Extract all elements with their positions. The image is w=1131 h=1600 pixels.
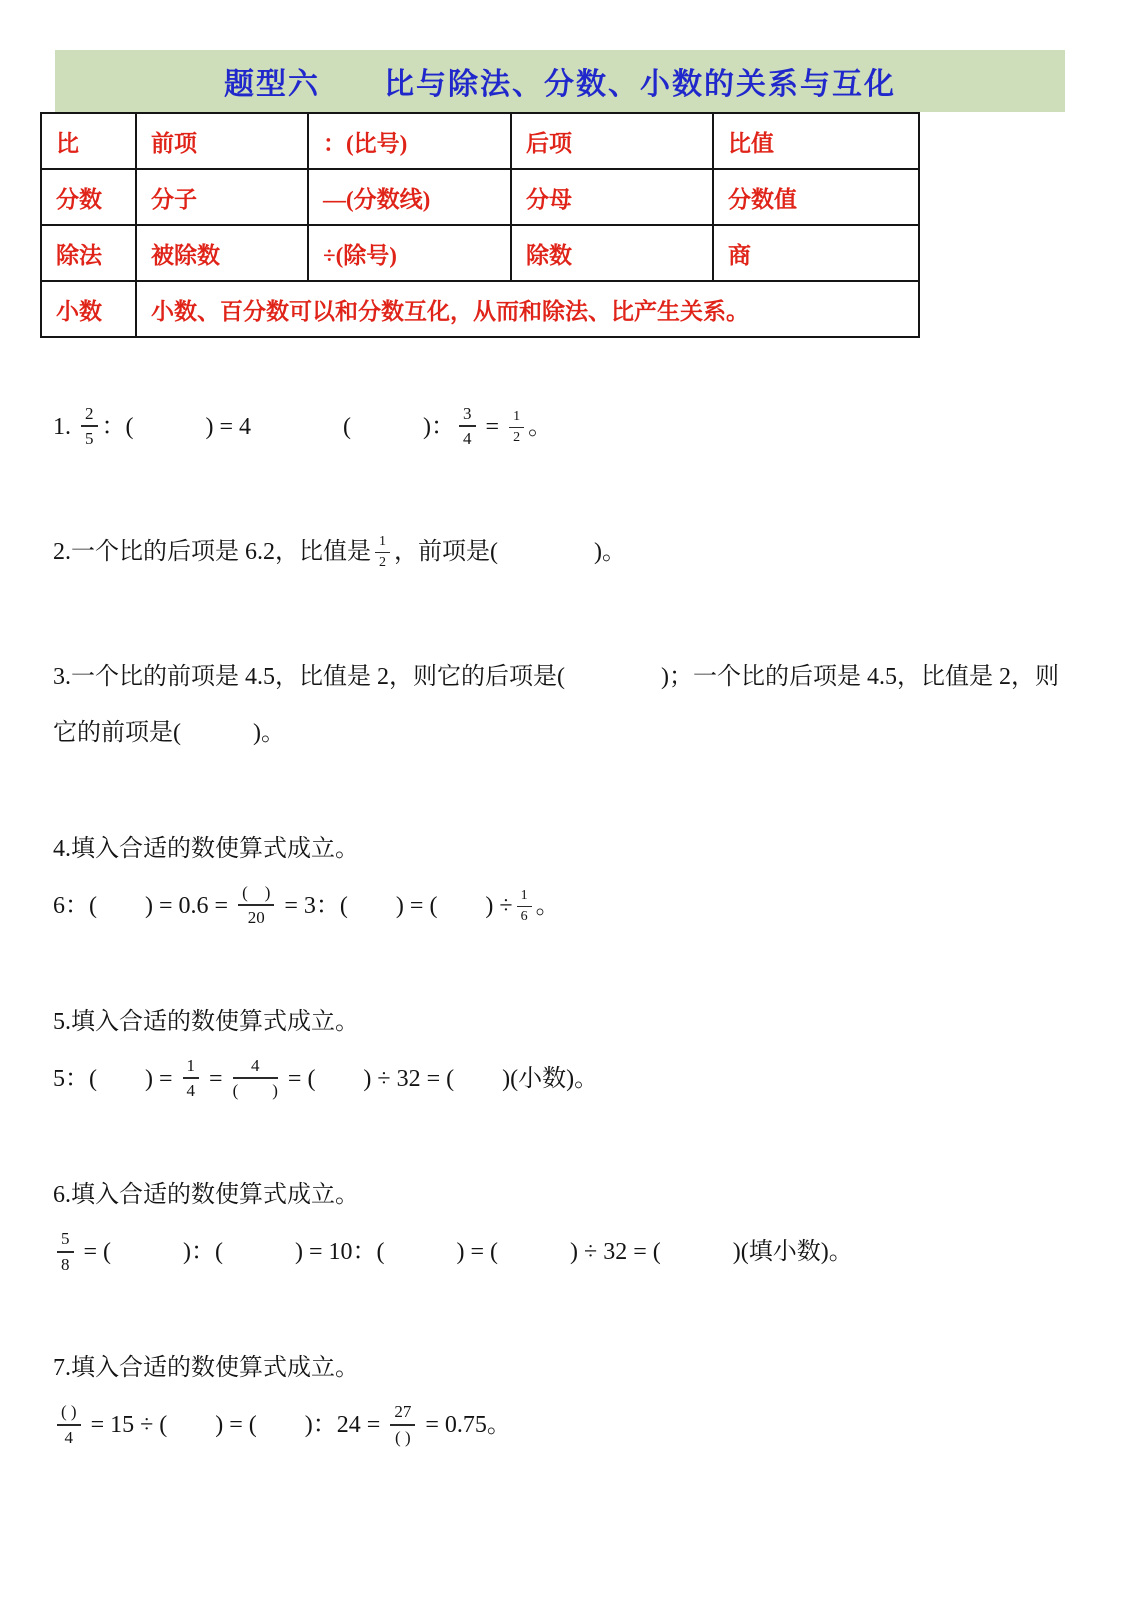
fraction-denominator: 20	[248, 906, 265, 928]
table-cell: 除法	[41, 225, 136, 281]
table-cell: 比值	[713, 113, 919, 169]
table-row-fraction: 分数 分子 —(分数线) 分母 分数值	[41, 169, 919, 225]
fraction-denominator: ( )	[233, 1079, 278, 1101]
page-title: 题型六 比与除法、分数、小数的关系与互化	[224, 59, 896, 103]
problem-heading: 4.填入合适的数使算式成立。	[53, 831, 1073, 867]
fraction: 34	[459, 404, 476, 449]
problem-6: 6.填入合适的数使算式成立。58 = ( )：( ) = 10：( ) = ( …	[53, 1177, 1073, 1280]
table-cell: 商	[713, 225, 919, 281]
text-segment: = ( )：( ) = 10：( ) = ( ) ÷ 32 = ( )(填小数)…	[78, 1239, 853, 1265]
problem-heading: 5.填入合适的数使算式成立。	[53, 1004, 1073, 1040]
problem-line: 1. 25：( ) = 4( )：34 = 12。	[53, 400, 1073, 455]
table-cell: 分数值	[713, 169, 919, 225]
fraction: 58	[57, 1229, 74, 1274]
text-segment: 2.一个比的后项是 6.2，比值是	[53, 539, 371, 565]
table-cell: —(分数线)	[308, 169, 511, 225]
text-segment: = 15 ÷ ( ) = ( )：24 =	[85, 1412, 387, 1438]
fraction-denominator: 2	[513, 428, 520, 446]
table-row-decimal: 小数 小数、百分数可以和分数互化，从而和除法、比产生关系。	[41, 281, 919, 337]
worksheet-page: 题型六 比与除法、分数、小数的关系与互化 比 前项 ：(比号) 后项 比值 分数…	[0, 0, 1131, 1600]
text-segment: 3.一个比的前项是 4.5，比值是 2，则它的后项是( )；一个比的后项是 4.…	[53, 664, 1059, 745]
text-segment: ，前项是( )。	[394, 539, 626, 565]
fraction-denominator: 5	[85, 427, 94, 449]
text-segment: =	[480, 414, 506, 440]
fraction: 25	[81, 404, 98, 449]
text-segment: 。	[536, 893, 560, 919]
text-segment: =	[203, 1066, 229, 1092]
problem-4: 4.填入合适的数使算式成立。6：( ) = 0.6 = ( )20 = 3：( …	[53, 831, 1073, 934]
problem-line: ( )4 = 15 ÷ ( ) = ( )：24 = 27( ) = 0.75。	[53, 1398, 1073, 1453]
fraction: ( )4	[57, 1402, 81, 1447]
title-banner: 题型六 比与除法、分数、小数的关系与互化	[55, 50, 1065, 112]
fraction-numerator: 1	[517, 888, 532, 907]
fraction-numerator: 27	[390, 1402, 415, 1426]
text-segment: = ( ) ÷ 32 = ( )(小数)。	[282, 1066, 598, 1092]
fraction-denominator: 4	[187, 1079, 196, 1101]
table-cell: 比	[41, 113, 136, 169]
fraction-numerator: 1	[183, 1056, 200, 1080]
problem-heading: 7.填入合适的数使算式成立。	[53, 1350, 1073, 1386]
table-cell: 除数	[511, 225, 713, 281]
table-row-ratio: 比 前项 ：(比号) 后项 比值	[41, 113, 919, 169]
fraction-denominator: 4	[65, 1426, 74, 1448]
problem-line: 58 = ( )：( ) = 10：( ) = ( ) ÷ 32 = ( )(填…	[53, 1225, 1073, 1280]
text-segment: ( )：	[343, 414, 455, 440]
fraction: 16	[517, 888, 532, 925]
text-segment: ：( ) = 4	[102, 414, 252, 440]
table-cell: 小数	[41, 281, 136, 337]
text-segment: = 3：( ) = ( ) ÷	[278, 893, 512, 919]
problem-heading: 6.填入合适的数使算式成立。	[53, 1177, 1073, 1213]
text-segment: 6：( ) = 0.6 =	[53, 893, 234, 919]
problem-line: 3.一个比的前项是 4.5，比值是 2，则它的后项是( )；一个比的后项是 4.…	[53, 650, 1073, 760]
fraction-denominator: 2	[379, 553, 386, 571]
table-cell: ÷(除号)	[308, 225, 511, 281]
text-segment: 1.	[53, 414, 77, 440]
table-cell: 分母	[511, 169, 713, 225]
fraction-denominator: 6	[521, 907, 528, 925]
fraction-denominator: 4	[463, 427, 472, 449]
fraction: 4( )	[233, 1056, 278, 1101]
fraction-numerator: 4	[233, 1056, 278, 1080]
fraction: 12	[375, 534, 390, 571]
fraction-numerator: ( )	[57, 1402, 81, 1426]
fraction-numerator: 1	[509, 409, 524, 428]
fraction: 27( )	[390, 1402, 415, 1447]
text-segment: 。	[528, 414, 552, 440]
fraction: 14	[183, 1056, 200, 1101]
fraction-numerator: ( )	[238, 883, 274, 907]
fraction-denominator: ( )	[395, 1426, 411, 1448]
problem-line: 5：( ) = 14 = 4( ) = ( ) ÷ 32 = ( )(小数)。	[53, 1052, 1073, 1107]
problems: 1. 25：( ) = 4( )：34 = 12。2.一个比的后项是 6.2，比…	[53, 400, 1073, 1454]
fraction-denominator: 8	[61, 1253, 70, 1275]
problem-3: 3.一个比的前项是 4.5，比值是 2，则它的后项是( )；一个比的后项是 4.…	[53, 650, 1073, 760]
table-cell: 分数	[41, 169, 136, 225]
spacer	[251, 433, 343, 434]
problem-1: 1. 25：( ) = 4( )：34 = 12。	[53, 400, 1073, 455]
table-cell: 小数、百分数可以和分数互化，从而和除法、比产生关系。	[136, 281, 919, 337]
table-cell: 被除数	[136, 225, 308, 281]
text-segment: = 0.75。	[419, 1412, 511, 1438]
fraction-numerator: 2	[81, 404, 98, 428]
problem-5: 5.填入合适的数使算式成立。5：( ) = 14 = 4( ) = ( ) ÷ …	[53, 1004, 1073, 1107]
fraction-numerator: 3	[459, 404, 476, 428]
table-cell: 前项	[136, 113, 308, 169]
problem-line: 6：( ) = 0.6 = ( )20 = 3：( ) = ( ) ÷16。	[53, 879, 1073, 934]
relation-table: 比 前项 ：(比号) 后项 比值 分数 分子 —(分数线) 分母 分数值 除法 …	[40, 112, 920, 338]
table-cell: 后项	[511, 113, 713, 169]
table-cell: 分子	[136, 169, 308, 225]
fraction: 12	[509, 409, 524, 446]
table-row-division: 除法 被除数 ÷(除号) 除数 商	[41, 225, 919, 281]
fraction: ( )20	[238, 883, 274, 928]
problem-line: 2.一个比的后项是 6.2，比值是12，前项是( )。	[53, 525, 1073, 580]
text-segment: 5：( ) =	[53, 1066, 179, 1092]
problem-7: 7.填入合适的数使算式成立。( )4 = 15 ÷ ( ) = ( )：24 =…	[53, 1350, 1073, 1453]
fraction-numerator: 5	[57, 1229, 74, 1253]
problem-2: 2.一个比的后项是 6.2，比值是12，前项是( )。	[53, 525, 1073, 580]
fraction-numerator: 1	[375, 534, 390, 553]
table-cell: ：(比号)	[308, 113, 511, 169]
